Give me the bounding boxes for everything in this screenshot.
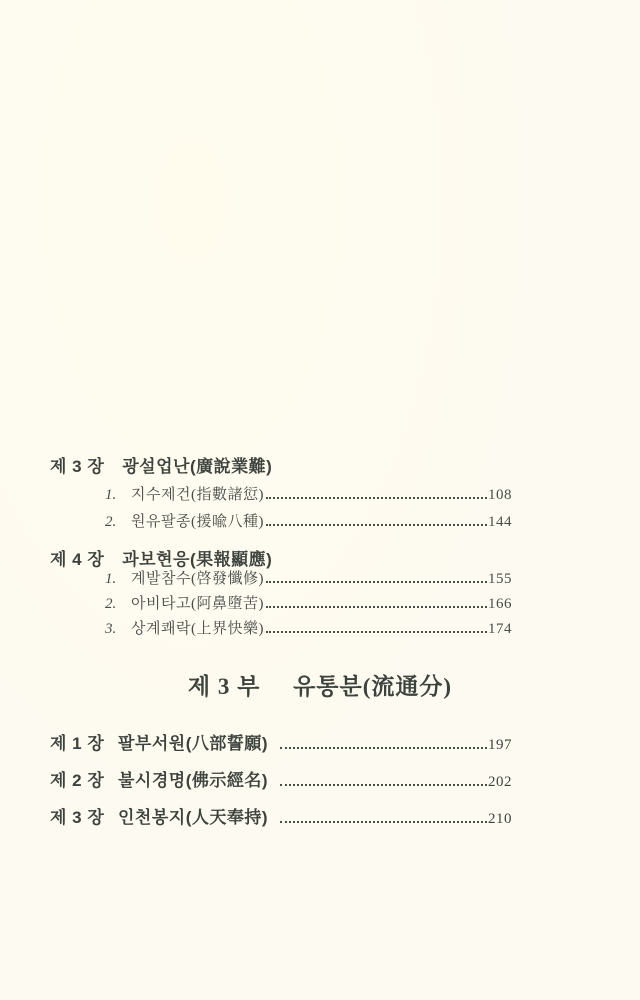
part-chapter-row: 제 2 장 불시경명(佛示經名) 202 <box>50 766 512 791</box>
dot-leader <box>266 581 487 583</box>
chapter-label: 제 3 장 <box>50 452 104 477</box>
item-number: 2. <box>105 514 131 531</box>
chapter-title: 팔부서원(八部誓願) <box>118 729 268 754</box>
item-title: 상계쾌락(上界快樂) <box>131 617 264 638</box>
dot-leader <box>266 524 487 526</box>
item-number: 3. <box>105 621 131 638</box>
dot-leader <box>266 606 487 608</box>
page-number: 108 <box>488 487 512 504</box>
page-number: 202 <box>488 774 512 791</box>
toc-item-row: 1. 지수제건(指數諸愆) 108 <box>50 483 512 504</box>
item-title: 계발참수(啓發懺修) <box>131 567 264 588</box>
page-number: 210 <box>488 811 512 828</box>
dot-leader <box>280 747 487 749</box>
item-number: 1. <box>105 487 131 504</box>
chapter-heading: 제 3 장 광설업난(廣說業難) <box>50 452 512 477</box>
part-heading: 제 3 부 유통분(流通分) <box>0 668 640 701</box>
item-number: 2. <box>105 596 131 613</box>
page-number: 155 <box>488 571 512 588</box>
item-title: 원유팔종(援喩八種) <box>131 510 264 531</box>
page-number: 197 <box>488 737 512 754</box>
chapter-title: 광설업난(廣說業難) <box>122 452 272 477</box>
item-title: 지수제건(指數諸愆) <box>131 483 264 504</box>
chapter-label: 제 3 장 <box>50 803 118 828</box>
scanned-book-page: 제 3 장 광설업난(廣說業難) 1. 지수제건(指數諸愆) 108 2. 원유… <box>0 0 640 1000</box>
dot-leader <box>266 497 487 499</box>
dot-leader <box>280 784 487 786</box>
dot-leader <box>280 821 487 823</box>
chapter-label: 제 2 장 <box>50 766 118 791</box>
chapter-label: 제 1 장 <box>50 729 118 754</box>
part-label: 제 3 부 <box>188 674 260 699</box>
item-number: 1. <box>105 571 131 588</box>
page-number: 144 <box>488 514 512 531</box>
page-number: 174 <box>488 621 512 638</box>
part-title: 유통분(流通分) <box>293 674 452 699</box>
item-title: 아비타고(阿鼻墮苦) <box>131 592 264 613</box>
page-number: 166 <box>488 596 512 613</box>
chapter-title: 인천봉지(人天奉持) <box>118 803 268 828</box>
toc-item-row: 2. 아비타고(阿鼻墮苦) 166 <box>50 592 512 613</box>
toc-item-row: 2. 원유팔종(援喩八種) 144 <box>50 510 512 531</box>
toc-item-row: 1. 계발참수(啓發懺修) 155 <box>50 567 512 588</box>
part-chapter-row: 제 1 장 팔부서원(八部誓願) 197 <box>50 729 512 754</box>
part-chapter-row: 제 3 장 인천봉지(人天奉持) 210 <box>50 803 512 828</box>
chapter-title: 불시경명(佛示經名) <box>118 766 268 791</box>
toc-item-row: 3. 상계쾌락(上界快樂) 174 <box>50 617 512 638</box>
dot-leader <box>266 631 487 633</box>
